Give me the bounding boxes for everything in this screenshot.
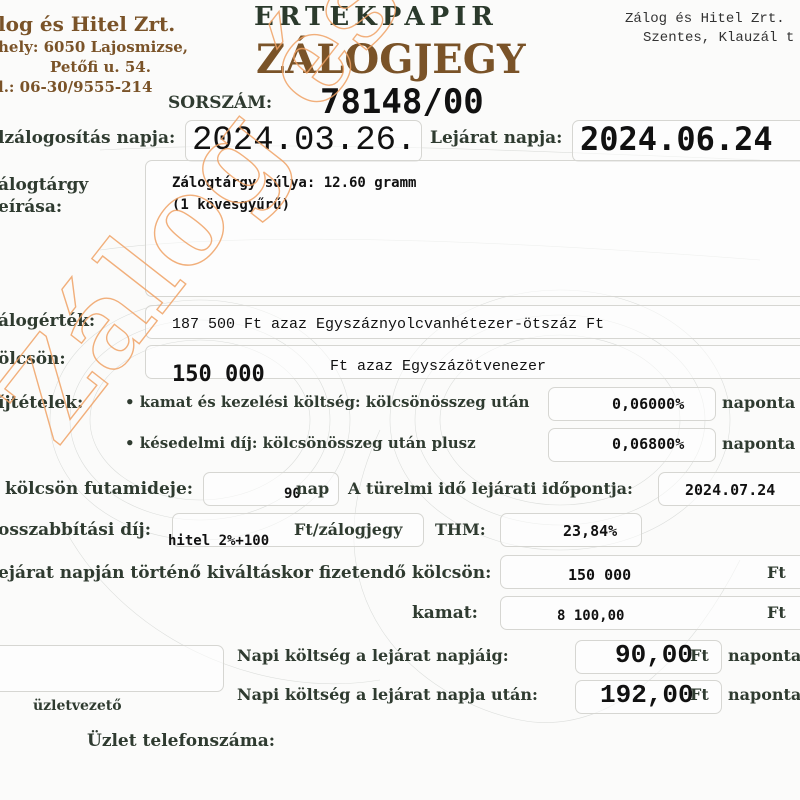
due-date-value: 2024.06.24 — [580, 120, 773, 158]
extension-label: osszabbítási díj: — [0, 520, 151, 540]
daily-cost-after-value: 192,00 — [600, 680, 694, 710]
fee2-per-day: naponta — [722, 434, 795, 453]
fee2-value: 0,06800% — [612, 435, 684, 453]
manager-label: üzletvezető — [33, 698, 122, 714]
loan-amount: 150 000 — [172, 362, 265, 387]
loan-label: ölcsön: — [0, 349, 66, 369]
daily-cost-before-label: Napi költség a lejárat napjáig: — [237, 646, 509, 665]
daily-cost-after-label: Napi költség a lejárat napja után: — [237, 685, 538, 704]
interest-currency: Ft — [767, 603, 786, 622]
item-label-2: eírása: — [0, 197, 62, 217]
daily-cost-before-per-day: naponta — [728, 646, 800, 665]
doc-title: ZÁLOGJEGY — [256, 38, 526, 82]
redeem-field — [500, 555, 800, 589]
issuer-address-1: hely: 6050 Lajosmizse, — [0, 38, 188, 56]
pledge-date-label: lzálogosítás napja: — [0, 128, 175, 148]
redeem-value: 150 000 — [568, 566, 631, 584]
extension-unit: Ft/zálogjegy — [294, 520, 402, 539]
daily-cost-before-value: 90,00 — [615, 640, 693, 670]
serial-label: SORSZÁM: — [168, 93, 272, 113]
issuer-phone: l.: 06-30/9555-214 — [0, 78, 152, 96]
shop-phone-label: Üzlet telefonszáma: — [87, 731, 275, 751]
extension-value: hitel 2%+100 — [168, 533, 269, 549]
item-desc-line-2: (1 kövesgyűrű) — [172, 197, 290, 213]
item-label-1: álogtárgy — [0, 175, 88, 195]
fee2-label: • késedelmi díj: kölcsönösszeg után plus… — [125, 434, 476, 452]
stamp-line-2: Szentes, Klauzál t — [643, 30, 794, 46]
redeem-currency: Ft — [767, 563, 786, 582]
thm-label: THM: — [435, 520, 486, 539]
daily-cost-after-per-day: naponta — [728, 685, 800, 704]
doc-subtitle: ÉRTÉKPAPÍR — [254, 4, 498, 26]
value-label: álogérték: — [0, 311, 95, 331]
pledge-date-value: 2024.03.26. — [192, 122, 416, 160]
loan-text: Ft azaz Egyszázötvenezer — [330, 358, 546, 375]
issuer-name: log és Hitel Zrt. — [0, 12, 175, 36]
fee1-per-day: naponta — [722, 393, 795, 412]
redeem-label: ejárat napján történő kiváltáskor fizete… — [0, 563, 491, 583]
issuer-address-2: Petőfi u. 54. — [50, 58, 151, 76]
signature-field — [0, 645, 224, 692]
fees-label: íjtételek: — [0, 393, 83, 413]
grace-value: 2024.07.24 — [685, 481, 775, 499]
interest-value: 8 100,00 — [557, 608, 624, 624]
due-date-label: Lejárat napja: — [430, 128, 562, 148]
item-desc-line-1: Zálogtárgy súlya: 12.60 gramm — [172, 175, 416, 191]
term-unit: nap — [296, 479, 329, 498]
interest-field — [500, 596, 800, 630]
value-text: 187 500 Ft azaz Egyszáznyolcvanhétezer-ö… — [172, 316, 604, 333]
fee1-value: 0,06000% — [612, 395, 684, 413]
daily-cost-before-currency: Ft — [690, 646, 709, 665]
serial-number: 78148/00 — [320, 82, 484, 122]
daily-cost-after-currency: Ft — [690, 685, 709, 704]
fee1-label: • kamat és kezelési költség: kölcsönössz… — [125, 393, 529, 411]
thm-value: 23,84% — [563, 522, 617, 540]
grace-label: A türelmi idő lejárati időpontja: — [348, 479, 633, 498]
interest-label: kamat: — [412, 603, 478, 623]
stamp-line-1: Zálog és Hitel Zrt. — [625, 11, 785, 27]
term-label: kölcsön futamideje: — [5, 479, 193, 499]
